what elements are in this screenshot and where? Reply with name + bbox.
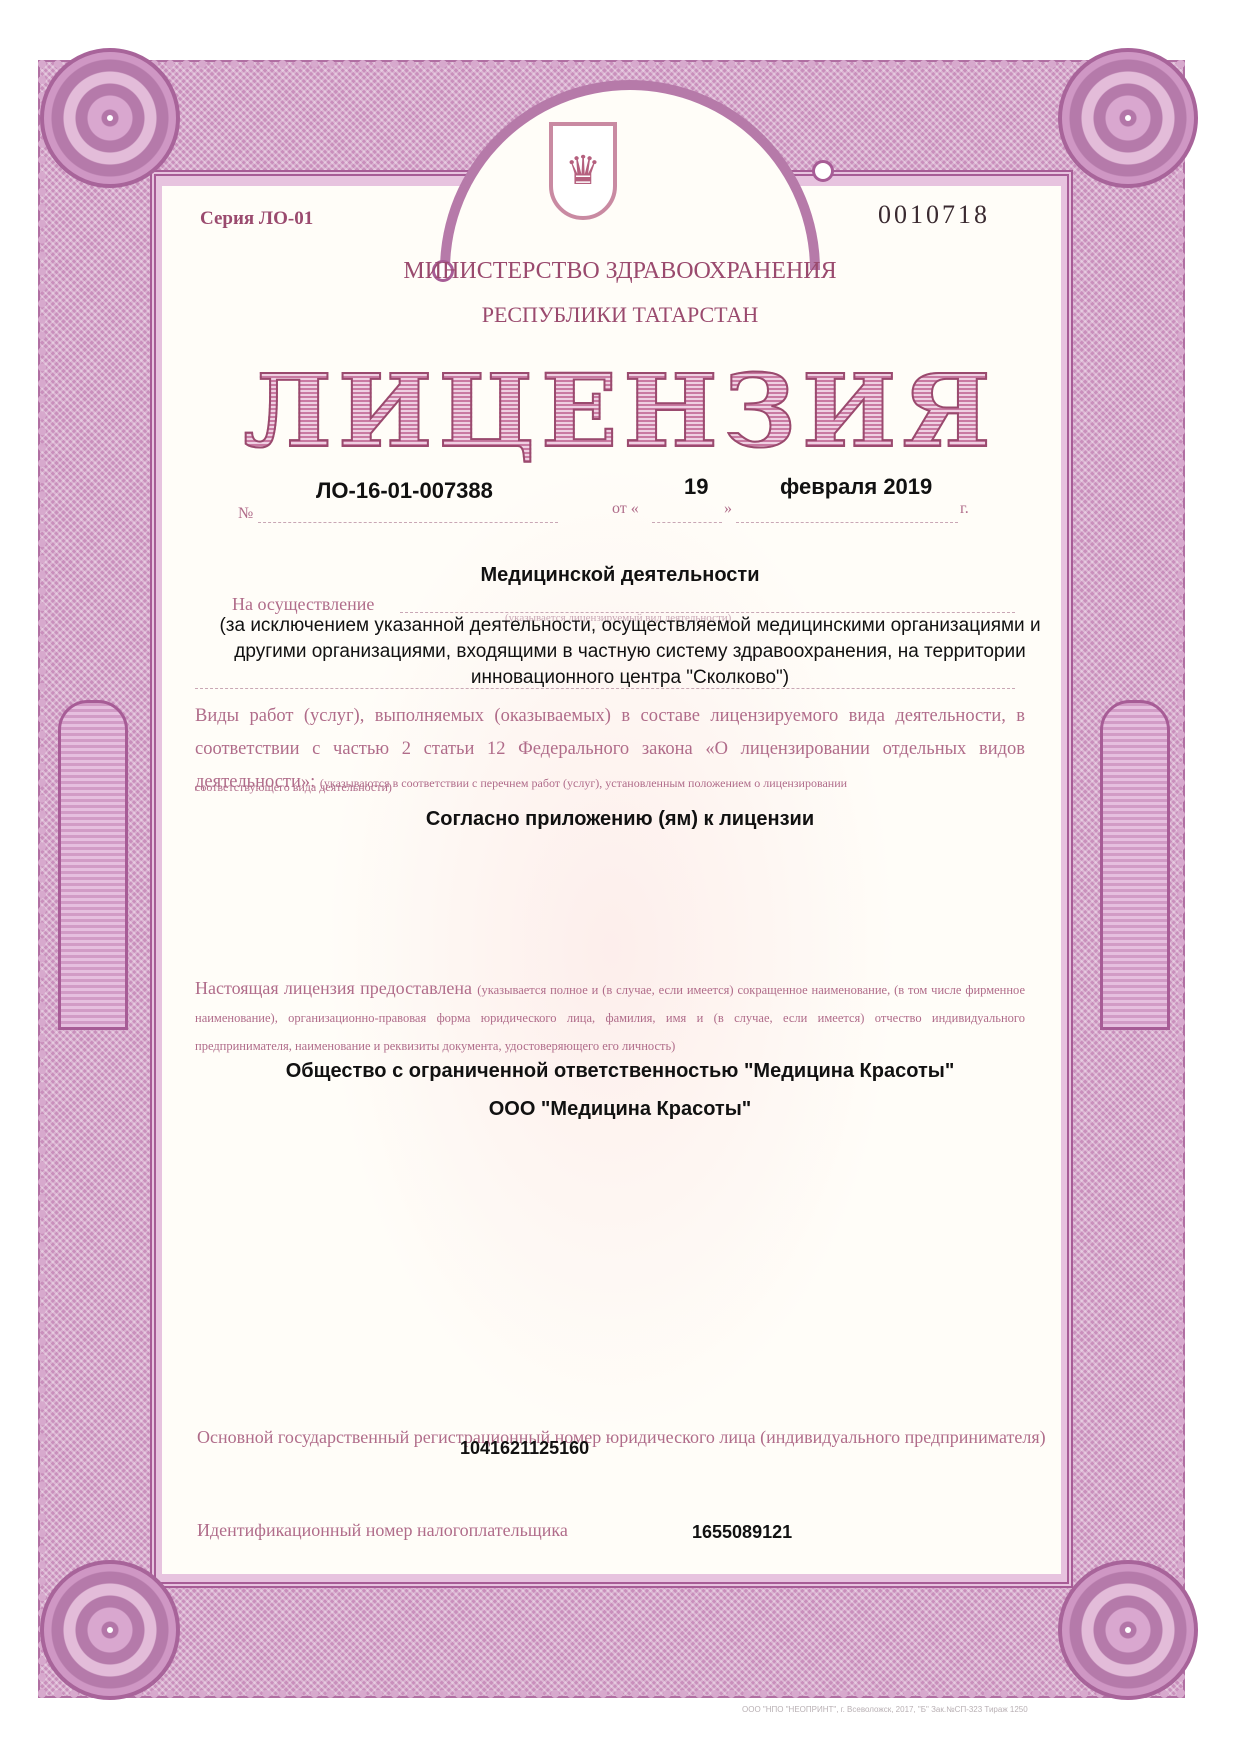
rosette-bottom-right-icon — [1058, 1560, 1198, 1700]
organization-short-name: ООО "Медицина Красоты" — [0, 1098, 1240, 1121]
arch-knob-right — [812, 160, 834, 182]
series-label: Серия ЛО-01 — [200, 208, 313, 230]
coat-of-arms-icon: ♛ — [549, 122, 617, 220]
rosette-bottom-left-icon — [40, 1560, 180, 1700]
works-value: Согласно приложению (ям) к лицензии — [0, 808, 1240, 831]
licensed-activity: Медицинской деятельности — [0, 564, 1240, 587]
printer-imprint: ООО "НПО "НЕОПРИНТ", г. Всеволожск, 2017… — [742, 1705, 1028, 1714]
month-line — [736, 522, 958, 523]
number-line — [258, 522, 558, 523]
granted-label-text: Настоящая лицензия предоставлена — [195, 978, 472, 998]
inn-label: Идентификационный номер налогоплательщик… — [197, 1520, 568, 1541]
ministry-name-line2: РЕСПУБЛИКИ ТАТАРСТАН — [0, 302, 1240, 328]
right-side-panel — [1100, 700, 1170, 1030]
rosette-top-right-icon — [1058, 48, 1198, 188]
document-title: ЛИЦЕНЗИЯ — [0, 352, 1240, 470]
activity-exclusion: (за исключением указанной деятельности, … — [185, 613, 1075, 691]
works-hint: (указываются в соответствии с перечнем р… — [320, 776, 847, 790]
license-number: ЛО-16-01-007388 — [316, 478, 493, 504]
double-headed-eagle-icon: ♛ — [565, 151, 601, 191]
ministry-name-line1: МИНИСТЕРСТВО ЗДРАВООХРАНЕНИЯ — [0, 258, 1240, 285]
license-day: 19 — [684, 474, 708, 500]
organization-full-name: Общество с ограниченной ответственностью… — [0, 1060, 1240, 1083]
ogrn-value: 1041621125160 — [460, 1438, 589, 1459]
day-line — [652, 522, 722, 523]
year-suffix: г. — [960, 500, 969, 518]
exclusion-line — [195, 688, 1015, 689]
left-side-panel — [58, 700, 128, 1030]
works-hint-continued: соответствующего вида деятельности) — [195, 780, 392, 795]
date-quote-close: » — [724, 500, 732, 518]
license-month-year: февраля 2019 — [780, 474, 932, 500]
number-sign: № — [238, 505, 253, 523]
ogrn-label: Основной государственный регистрационный… — [197, 1422, 1047, 1452]
activity-label: На осуществление — [232, 594, 374, 615]
rosette-top-left-icon — [40, 48, 180, 188]
date-prefix: от « — [612, 500, 639, 518]
license-document: ♛ Серия ЛО-01 0010718 МИНИСТЕРСТВО ЗДРАВ… — [0, 0, 1240, 1755]
serial-number: 0010718 — [878, 200, 990, 230]
inn-value: 1655089121 — [692, 1522, 792, 1543]
granted-label: Настоящая лицензия предоставлена (указыв… — [195, 975, 1025, 1059]
